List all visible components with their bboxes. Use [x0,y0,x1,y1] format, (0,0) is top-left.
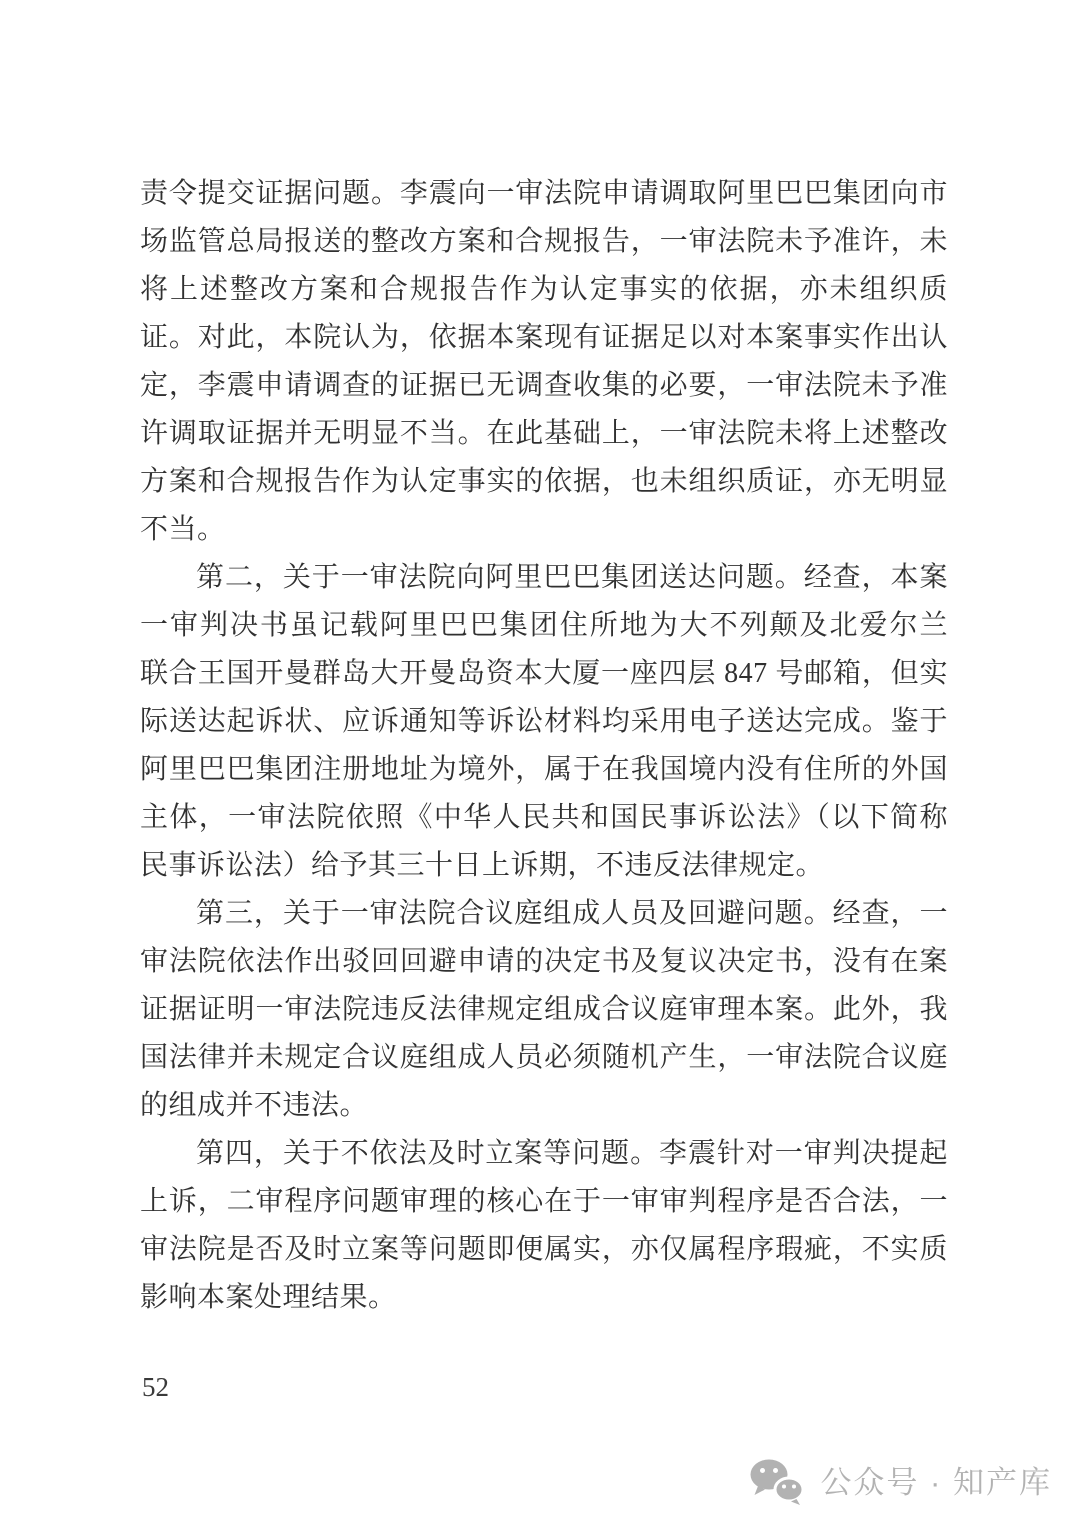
paragraph: 第四，关于不依法及时立案等问题。李震针对一审判决提起 上诉，二审程序问题审理的核… [140,1130,948,1322]
text-line: 一审判决书虽记载阿里巴巴集团住所地为大不列颠及北爱尔兰 [140,602,948,650]
text-line: 第三，关于一审法院合议庭组成人员及回避问题。经查，一 [140,890,948,938]
page-number: 52 [142,1372,169,1403]
text-line: 主体，一审法院依照《中华人民共和国民事诉讼法》（以下简称 [140,794,948,842]
paragraph: 第二，关于一审法院向阿里巴巴集团送达问题。经查，本案 一审判决书虽记载阿里巴巴集… [140,554,948,890]
wechat-watermark: 公众号 · 知产库 [748,1458,1052,1506]
wechat-icon [748,1458,806,1506]
paragraph: 第三，关于一审法院合议庭组成人员及回避问题。经查，一 审法院依法作出驳回回避申请… [140,890,948,1130]
text-line: 联合王国开曼群岛大开曼岛资本大厦一座四层 847 号邮箱，但实 [140,650,948,698]
text-line: 将上述整改方案和合规报告作为认定事实的依据，亦未组织质 [140,266,948,314]
text-line: 第四，关于不依法及时立案等问题。李震针对一审判决提起 [140,1130,948,1178]
text-line: 证。对此，本院认为，依据本案现有证据足以对本案事实作出认 [140,314,948,362]
text-line: 方案和合规报告作为认定事实的依据，也未组织质证，亦无明显 [140,458,948,506]
wechat-watermark-label: 公众号 · 知产库 [820,1467,1052,1498]
text-line: 国法律并未规定合议庭组成人员必须随机产生，一审法院合议庭 [140,1034,948,1082]
text-line: 审法院是否及时立案等问题即便属实，亦仅属程序瑕疵，不实质 [140,1226,948,1274]
text-line: 不当。 [140,506,948,554]
text-line: 第二，关于一审法院向阿里巴巴集团送达问题。经查，本案 [140,554,948,602]
text-line: 证据证明一审法院违反法律规定组成合议庭审理本案。此外，我 [140,986,948,1034]
text-line: 上诉，二审程序问题审理的核心在于一审审判程序是否合法，一 [140,1178,948,1226]
text-line: 的组成并不违法。 [140,1082,948,1130]
document-body: 责令提交证据问题。李震向一审法院申请调取阿里巴巴集团向市 场监管总局报送的整改方… [140,170,948,1322]
text-line: 场监管总局报送的整改方案和合规报告，一审法院未予准许，未 [140,218,948,266]
text-line: 影响本案处理结果。 [140,1274,948,1322]
paragraph: 责令提交证据问题。李震向一审法院申请调取阿里巴巴集团向市 场监管总局报送的整改方… [140,170,948,554]
text-line: 阿里巴巴集团注册地址为境外，属于在我国境内没有住所的外国 [140,746,948,794]
text-line: 审法院依法作出驳回回避申请的决定书及复议决定书，没有在案 [140,938,948,986]
text-line: 责令提交证据问题。李震向一审法院申请调取阿里巴巴集团向市 [140,170,948,218]
text-line: 定，李震申请调查的证据已无调查收集的必要，一审法院未予准 [140,362,948,410]
text-line: 民事诉讼法）给予其三十日上诉期，不违反法律规定。 [140,842,948,890]
text-line: 际送达起诉状、应诉通知等诉讼材料均采用电子送达完成。鉴于 [140,698,948,746]
text-line: 许调取证据并无明显不当。在此基础上，一审法院未将上述整改 [140,410,948,458]
